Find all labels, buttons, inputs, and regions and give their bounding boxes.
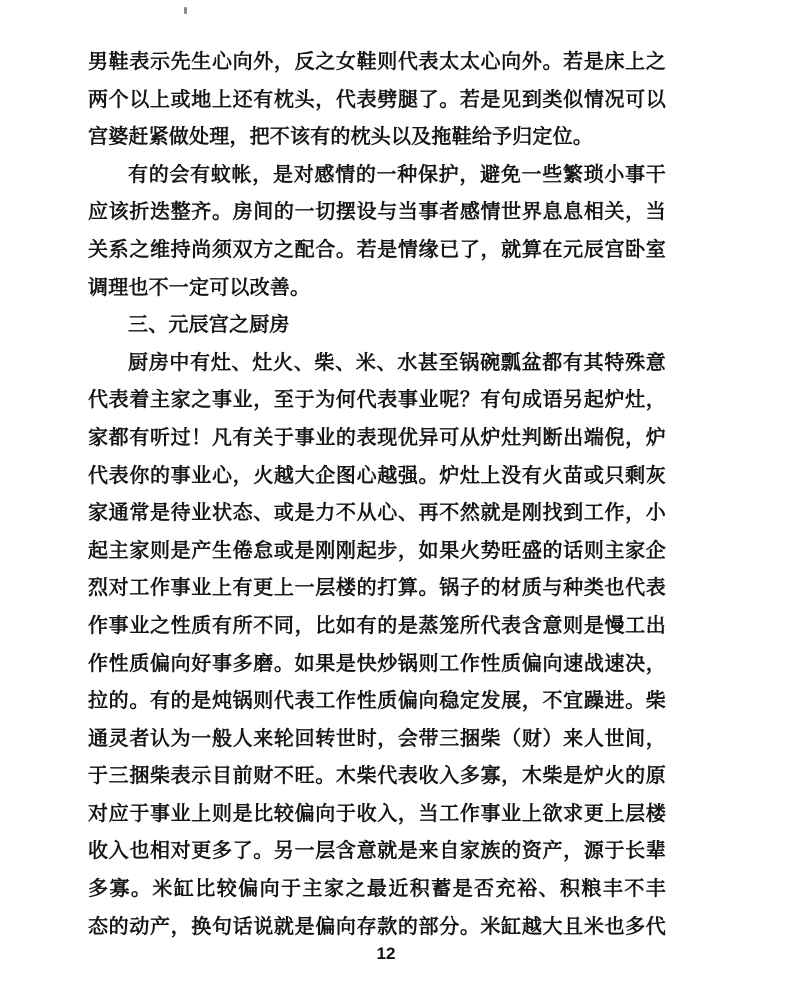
text-line: 代表你的事业心，火越大企图心越强。炉灶上没有火苗或只剩灰烬，主: [88, 458, 666, 496]
text-line: 宫婆赶紧做处理，把不该有的枕头以及拖鞋给予归定位。: [88, 119, 666, 157]
text-line: 有的会有蚊帐，是对感情的一种保护，避免一些繁琐小事干扰，棉被: [88, 157, 666, 195]
text-line: 家通常是待业状态、或是力不从心、再不然就是刚找到工作，小火刚刚升: [88, 495, 666, 533]
scan-artifact: [184, 7, 187, 14]
text-line: 对应于事业上则是比较偏向于收入，当工作事业上欲求更上层楼时，则: [88, 796, 666, 834]
text-line: 起主家则是产生倦怠或是刚刚起步，如果火势旺盛的话则主家企图心强: [88, 533, 666, 571]
text-line: 厨房中有灶、灶火、柴、米、水甚至锅碗瓢盆都有其特殊意义。炉灶: [88, 345, 666, 383]
text-block: 男鞋表示先生心向外，反之女鞋则代表太太心向外。若是床上之枕头有 两个以上或地上还…: [88, 44, 666, 946]
text-line: 两个以上或地上还有枕头，代表劈腿了。若是见到类似情况可以请宫公: [88, 82, 666, 120]
scanned-book-page: 男鞋表示先生心向外，反之女鞋则代表太太心向外。若是床上之枕头有 两个以上或地上还…: [0, 0, 790, 1000]
text-line: 作性质偏向好事多磨。如果是快炒锅则工作性质偏向速战速决，不宜拖: [88, 646, 666, 684]
text-line: 作事业之性质有所不同，比如有的是蒸笼所代表含意则是慢工出细活工: [88, 608, 666, 646]
text-line: 通灵者认为一般人来轮回转世时，会带三捆柴（财）来人世间，如果少: [88, 721, 666, 759]
text-line: 态的动产，换句话说就是偏向存款的部分。米缸越大且米也多代表积蓄: [88, 909, 666, 947]
text-line: 调理也不一定可以改善。: [88, 270, 666, 308]
text-line: 关系之维持尚须双方之配合。若是情缘已了，就算在元辰宫卧室做任何: [88, 232, 666, 270]
text-line: 于三捆柴表示目前财不旺。木柴代表收入多寡，木柴是炉火的原动力，: [88, 758, 666, 796]
text-line: 收入也相对更多了。另一层含意就是来自家族的资产，源于长辈祖产的: [88, 833, 666, 871]
text-line: 拉的。有的是炖锅则代表工作性质偏向稳定发展，不宜躁进。柴假借为财: [88, 683, 666, 721]
text-line: 应该折迭整齐。房间的一切摆设与当事者感情世界息息相关，当然夫妻: [88, 194, 666, 232]
text-line: 家都有听过！凡有关于事业的表现优异可从炉灶判断出端倪，炉火大小: [88, 420, 666, 458]
section-heading: 三、元辰宫之厨房: [88, 307, 666, 345]
text-line: 多寡。米缸比较偏向于主家之最近积蓄是否充裕、积粮丰不丰富，属于静: [88, 871, 666, 909]
page-number: 12: [0, 942, 772, 966]
text-line: 代表着主家之事业，至于为何代表事业呢？有句成语另起炉灶，相信大: [88, 382, 666, 420]
text-line: 男鞋表示先生心向外，反之女鞋则代表太太心向外。若是床上之枕头有: [88, 44, 666, 82]
text-line: 烈对工作事业上有更上一层楼的打算。锅子的材质与种类也代表着工: [88, 570, 666, 608]
